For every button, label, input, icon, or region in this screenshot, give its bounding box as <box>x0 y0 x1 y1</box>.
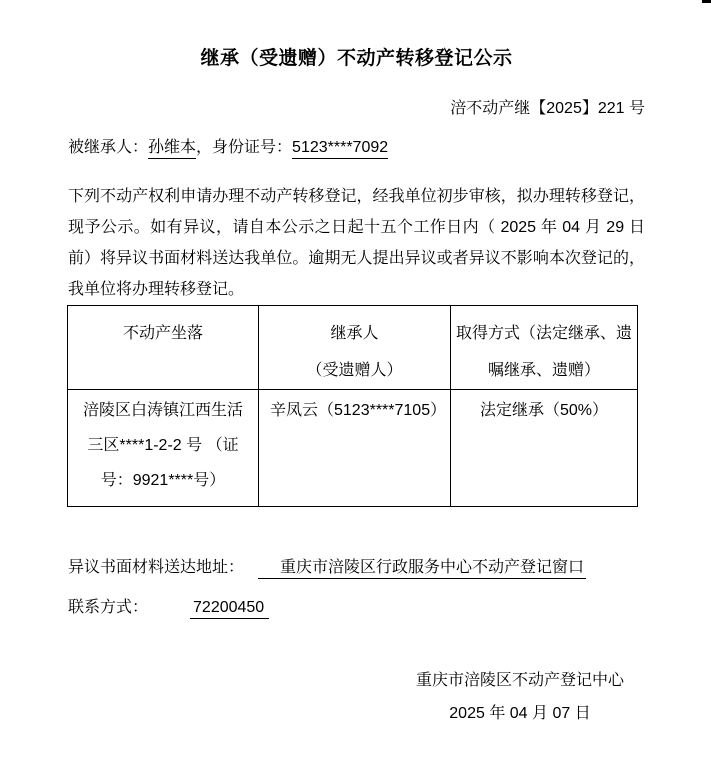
cell-heir: 辛凤云（5123****7105） <box>259 390 451 507</box>
table-data-row: 涪陵区白涛镇江西生活三区****1-2-2 号 （证号：9921****号） 辛… <box>68 390 638 507</box>
header-property-location: 不动产坐落 <box>68 306 259 390</box>
notice-page: 继承（受遗赠）不动产转移登记公示 涪不动产继【2025】221 号 被继承人：孙… <box>0 0 711 762</box>
issuer-name: 重庆市涪陵区不动产登记中心 <box>395 664 645 697</box>
notice-title: 继承（受遗赠）不动产转移登记公示 <box>68 46 645 72</box>
issue-date: 2025 年 04 月 07 日 <box>395 697 645 730</box>
objection-address-label: 异议书面材料送达地址： <box>68 559 244 576</box>
table-header-row: 不动产坐落 继承人 （受遗赠人） 取得方式（法定继承、遗嘱继承、遗赠） <box>68 306 638 390</box>
decedent-label: 被继承人： <box>68 139 148 156</box>
decedent-id-number: 5123****7092 <box>292 139 388 159</box>
header-heir-line2: （受遗赠人） <box>263 352 446 389</box>
header-heir: 继承人 （受遗赠人） <box>259 306 451 390</box>
objection-address-value: 重庆市涪陵区行政服务中心不动产登记窗口 <box>258 559 586 579</box>
contact-label: 联系方式： <box>68 599 148 616</box>
header-heir-line1: 继承人 <box>263 315 446 352</box>
property-table: 不动产坐落 继承人 （受遗赠人） 取得方式（法定继承、遗嘱继承、遗赠） 涪陵区白… <box>67 305 638 507</box>
contact-phone: 72200450 <box>190 599 269 619</box>
contact-line: 联系方式：72200450 <box>68 596 645 620</box>
issuer-block: 重庆市涪陵区不动产登记中心 2025 年 04 月 07 日 <box>395 664 645 730</box>
id-number-label: ，身份证号： <box>196 139 292 156</box>
cell-acquisition: 法定继承（50%） <box>451 390 638 507</box>
document-number: 涪不动产继【2025】221 号 <box>68 98 645 120</box>
decedent-name: 孙维本 <box>148 139 196 159</box>
cell-property-location: 涪陵区白涛镇江西生活三区****1-2-2 号 （证号：9921****号） <box>68 390 259 507</box>
decedent-line: 被继承人：孙维本，身份证号：5123****7092 <box>68 136 645 160</box>
objection-address-line: 异议书面材料送达地址：重庆市涪陵区行政服务中心不动产登记窗口 <box>68 556 645 580</box>
screen-edge-artifact <box>702 0 711 3</box>
notice-body-paragraph: 下列不动产权利申请办理不动产转移登记，经我单位初步审核，拟办理转移登记，现予公示… <box>68 181 645 305</box>
header-acquisition-method: 取得方式（法定继承、遗嘱继承、遗赠） <box>451 306 638 390</box>
